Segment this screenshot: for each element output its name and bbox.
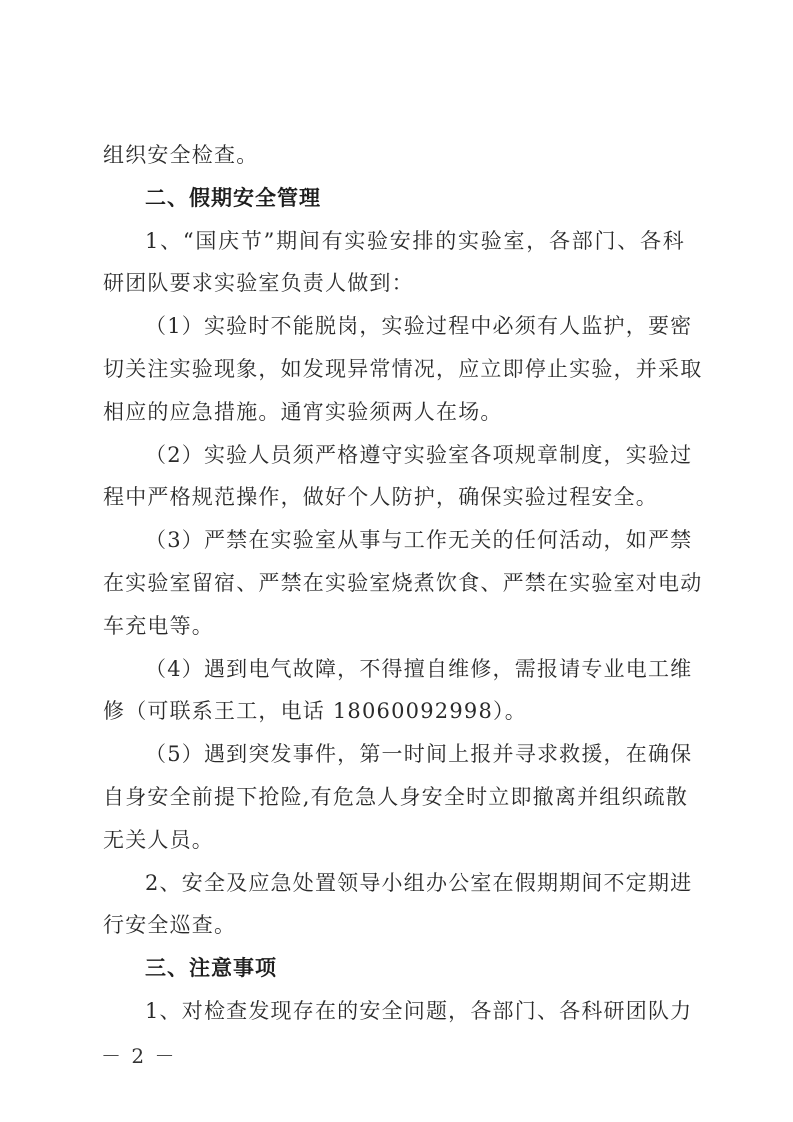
- page-number: － 2 －: [101, 1040, 176, 1069]
- notes-item-1-line-1: 1、对检查发现存在的安全问题，各部门、各科研团队力: [103, 990, 685, 1033]
- subitem-5-line-3: 无关人员。: [103, 819, 685, 862]
- subitem-1-line-3: 相应的应急措施。通宵实验须两人在场。: [103, 391, 685, 434]
- subitem-5-line-2: 自身安全前提下抢险,有危急人身安全时立即撤离并组织疏散: [103, 776, 685, 819]
- subitem-4-line-2: 修（可联系王工，电话 18060092998）。: [103, 690, 685, 733]
- text-line-continuation: 组织安全检查。: [103, 134, 685, 177]
- subitem-1-line-1: （1）实验时不能脱岗，实验过程中必须有人监护，要密: [103, 305, 685, 348]
- paragraph-item-2-line-1: 2、安全及应急处置领导小组办公室在假期期间不定期进: [103, 862, 685, 905]
- subitem-4-line-1: （4）遇到电气故障，不得擅自维修，需报请专业电工维: [103, 648, 685, 691]
- paragraph-item-2-line-2: 行安全巡查。: [103, 904, 685, 947]
- subitem-2-line-2: 程中严格规范操作，做好个人防护，确保实验过程安全。: [103, 476, 685, 519]
- paragraph-item-1-line-2: 研团队要求实验室负责人做到：: [103, 262, 685, 305]
- subitem-1-line-2: 切关注实验现象，如发现异常情况，应立即停止实验，并采取: [103, 348, 685, 391]
- subitem-5-line-1: （5）遇到突发事件，第一时间上报并寻求救援，在确保: [103, 733, 685, 776]
- subitem-2-line-1: （2）实验人员须严格遵守实验室各项规章制度，实验过: [103, 434, 685, 477]
- section-heading-holiday-safety: 二、假期安全管理: [103, 177, 685, 220]
- subitem-3-line-2: 在实验室留宿、严禁在实验室烧煮饮食、严禁在实验室对电动: [103, 562, 685, 605]
- section-heading-notes: 三、注意事项: [103, 947, 685, 990]
- subitem-3-line-1: （3）严禁在实验室从事与工作无关的任何活动，如严禁: [103, 519, 685, 562]
- subitem-3-line-3: 车充电等。: [103, 605, 685, 648]
- paragraph-item-1-line-1: 1、“国庆节”期间有实验安排的实验室，各部门、各科: [103, 220, 685, 263]
- document-page: 组织安全检查。 二、假期安全管理 1、“国庆节”期间有实验安排的实验室，各部门、…: [103, 134, 685, 1033]
